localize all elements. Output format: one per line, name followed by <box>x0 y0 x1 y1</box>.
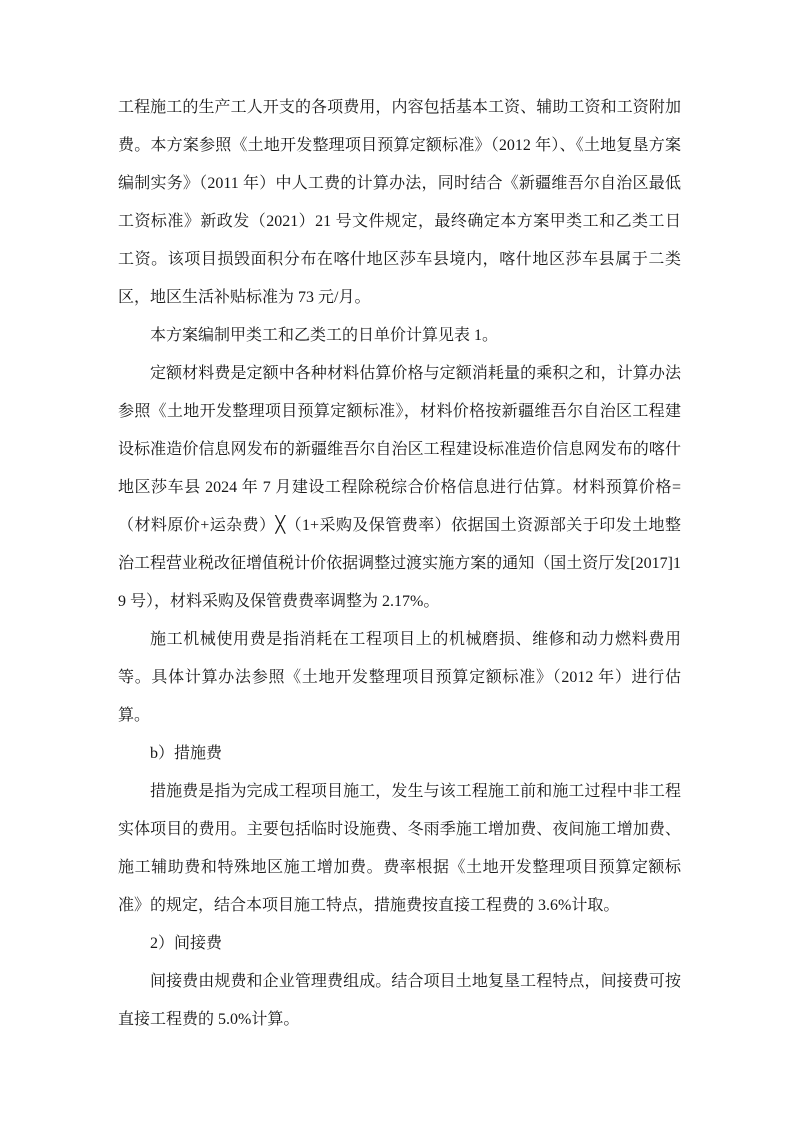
heading-measure-cost: b）措施费 <box>118 735 681 773</box>
paragraph-machinery-use-cost: 施工机械使用费是指消耗在工程项目上的机械磨损、维修和动力燃料费用等。具体计算办法… <box>118 621 681 735</box>
paragraph-labor-cost-continuation: 工程施工的生产工人开支的各项费用，内容包括基本工资、辅助工资和工资附加费。本方案… <box>118 89 681 317</box>
paragraph-daily-unit-price-table-ref: 本方案编制甲类工和乙类工的日单价计算见表 1。 <box>118 317 681 355</box>
document-text-block: 工程施工的生产工人开支的各项费用，内容包括基本工资、辅助工资和工资附加费。本方案… <box>118 89 681 1039</box>
paragraph-material-cost: 定额材料费是定额中各种材料估算价格与定额消耗量的乘积之和，计算办法参照《土地开发… <box>118 355 681 621</box>
paragraph-measure-cost-detail: 措施费是指为完成工程项目施工，发生与该工程施工前和施工过程中非工程实体项目的费用… <box>118 773 681 925</box>
paragraph-indirect-cost-detail: 间接费由规费和企业管理费组成。结合项目土地复垦工程特点，间接费可按直接工程费的 … <box>118 963 681 1039</box>
heading-indirect-cost: 2）间接费 <box>118 925 681 963</box>
document-page: 工程施工的生产工人开支的各项费用，内容包括基本工资、辅助工资和工资附加费。本方案… <box>0 0 793 1122</box>
